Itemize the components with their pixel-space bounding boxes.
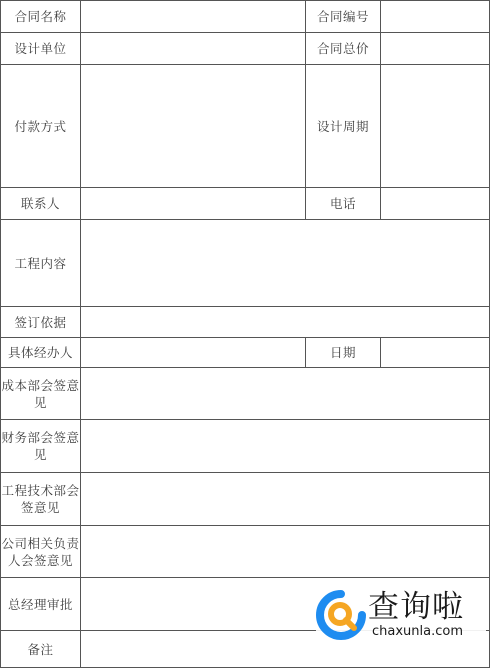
date-field[interactable] (381, 338, 490, 368)
contract-no-field[interactable] (381, 1, 490, 33)
design-period-label: 设计周期 (306, 65, 381, 188)
engineering-dept-opinion-field[interactable] (81, 473, 490, 526)
design-period-field[interactable] (381, 65, 490, 188)
project-content-field[interactable] (81, 220, 490, 307)
contract-name-field[interactable] (81, 1, 306, 33)
gm-approval-label: 总经理审批 (1, 578, 81, 631)
watermark-brand-cn: 查询啦 (368, 590, 464, 624)
company-leader-opinion-field[interactable] (81, 526, 490, 578)
project-content-label: 工程内容 (1, 220, 81, 307)
cost-dept-opinion-field[interactable] (81, 368, 490, 420)
design-unit-label: 设计单位 (1, 33, 81, 65)
signing-basis-label: 签订依据 (1, 307, 81, 338)
date-label: 日期 (306, 338, 381, 368)
engineering-dept-opinion-label: 工程技术部会签意见 (1, 473, 81, 526)
contract-total-price-label: 合同总价 (306, 33, 381, 65)
watermark-brand-url: chaxunla.com (372, 624, 464, 640)
payment-method-label: 付款方式 (1, 65, 81, 188)
company-leader-opinion-label: 公司相关负责人会签意见 (1, 526, 81, 578)
contact-person-label: 联系人 (1, 188, 81, 220)
form-table: 合同名称 合同编号 设计单位 合同总价 付款方式 设计周期 联系人 电话 工程内… (0, 0, 490, 668)
phone-field[interactable] (381, 188, 490, 220)
handler-label: 具体经办人 (1, 338, 81, 368)
remarks-label: 备注 (1, 631, 81, 668)
contract-total-price-field[interactable] (381, 33, 490, 65)
signing-basis-field[interactable] (81, 307, 490, 338)
contract-approval-form: 合同名称 合同编号 设计单位 合同总价 付款方式 设计周期 联系人 电话 工程内… (0, 0, 490, 669)
contract-name-label: 合同名称 (1, 1, 81, 33)
payment-method-field[interactable] (81, 65, 306, 188)
phone-label: 电话 (306, 188, 381, 220)
finance-dept-opinion-field[interactable] (81, 420, 490, 473)
contract-no-label: 合同编号 (306, 1, 381, 33)
contact-person-field[interactable] (81, 188, 306, 220)
design-unit-field[interactable] (81, 33, 306, 65)
finance-dept-opinion-label: 财务部会签意见 (1, 420, 81, 473)
cost-dept-opinion-label: 成本部会签意见 (1, 368, 81, 420)
search-magnifier-logo-icon (316, 590, 366, 640)
chaxunla-watermark: 查询啦 chaxunla.com (316, 585, 486, 645)
handler-field[interactable] (81, 338, 306, 368)
